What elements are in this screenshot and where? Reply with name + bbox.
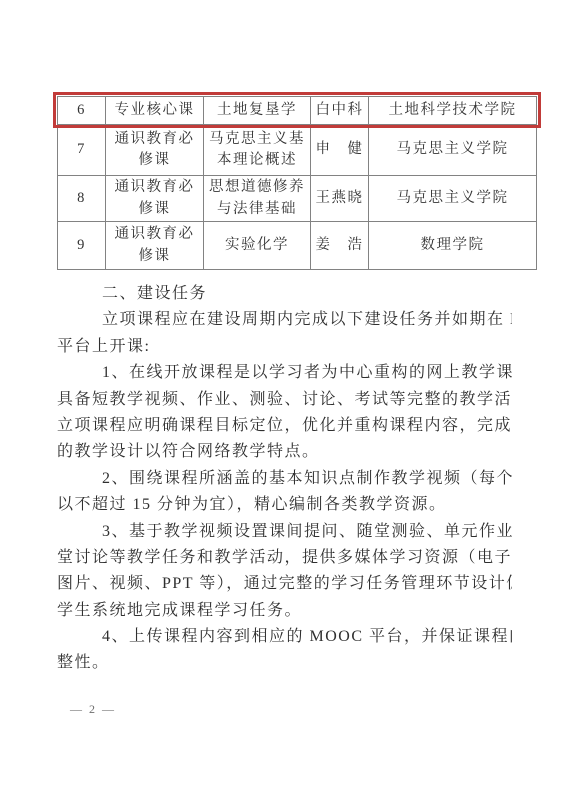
cell-teacher: 申 健: [311, 125, 369, 176]
table-row: 8通识教育必 修课思想道德修养 与法律基础王燕晓马克思主义学院: [58, 176, 537, 222]
cell-no: 7: [58, 125, 106, 176]
cell-school: 马克思主义学院: [369, 176, 537, 222]
cell-school: 数理学院: [369, 222, 537, 270]
course-table-wrap: 6专业核心课土地复垦学白中科土地科学技术学院7通识教育必 修课马克思主义基 本理…: [57, 96, 511, 270]
paragraph-4-line-4: 学生系统地完成课程学习任务。: [57, 598, 512, 624]
paragraph-1-line-2: 平台上开课:: [57, 334, 512, 360]
cell-teacher: 姜 浩: [311, 222, 369, 270]
table-row: 9通识教育必 修课实验化学姜 浩数理学院: [58, 222, 537, 270]
table-row: 7通识教育必 修课马克思主义基 本理论概述申 健马克思主义学院: [58, 125, 537, 176]
cell-teacher: 白中科: [311, 97, 369, 125]
paragraph-2-line-4: 的教学设计以符合网络教学特点。: [57, 439, 512, 465]
section-heading: 二、建设任务: [57, 281, 512, 307]
paragraph-2-line-3: 立项课程应明确课程目标定位，优化并重构课程内容，完成课程: [57, 413, 512, 439]
cell-school: 马克思主义学院: [369, 125, 537, 176]
paragraphs: 立项课程应在建设周期内完成以下建设任务并如期在 MOOC平台上开课:1、在线开放…: [57, 307, 512, 676]
paragraph-2-line-2: 具备短教学视频、作业、测验、讨论、考试等完整的教学活动。: [57, 387, 512, 413]
cell-course-type: 专业核心课: [106, 97, 204, 125]
cell-no: 6: [58, 97, 106, 125]
paragraph-4-line-2: 堂讨论等教学任务和教学活动，提供多媒体学习资源（电子图书、: [57, 545, 512, 571]
table-row: 6专业核心课土地复垦学白中科土地科学技术学院: [58, 97, 537, 125]
paragraph-3-line-1: 2、围绕课程所涵盖的基本知识点制作教学视频（每个视频: [57, 466, 512, 492]
cell-course-type: 通识教育必 修课: [106, 125, 204, 176]
cell-no: 8: [58, 176, 106, 222]
course-table: 6专业核心课土地复垦学白中科土地科学技术学院7通识教育必 修课马克思主义基 本理…: [57, 96, 537, 270]
paragraph-5-line-1: 4、上传课程内容到相应的 MOOC 平台，并保证课程内容的完: [57, 624, 512, 650]
cell-course-type: 通识教育必 修课: [106, 222, 204, 270]
cell-no: 9: [58, 222, 106, 270]
document-page: 6专业核心课土地复垦学白中科土地科学技术学院7通识教育必 修课马克思主义基 本理…: [0, 0, 565, 800]
cell-course-name: 实验化学: [204, 222, 311, 270]
paragraph-4-line-3: 图片、视频、PPT 等），通过完整的学习任务管理环节设计促使: [57, 571, 512, 597]
paragraph-5-line-2: 整性。: [57, 650, 512, 676]
cell-course-name: 马克思主义基 本理论概述: [204, 125, 311, 176]
paragraph-3-line-2: 以不超过 15 分钟为宜），精心编制各类教学资源。: [57, 492, 512, 518]
page-number: — 2 —: [53, 702, 133, 717]
cell-course-type: 通识教育必 修课: [106, 176, 204, 222]
body-text: 二、建设任务 立项课程应在建设周期内完成以下建设任务并如期在 MOOC平台上开课…: [57, 281, 512, 677]
cell-course-name: 思想道德修养 与法律基础: [204, 176, 311, 222]
paragraph-1-line-1: 立项课程应在建设周期内完成以下建设任务并如期在 MOOC: [57, 307, 512, 333]
paragraph-2-line-1: 1、在线开放课程是以学习者为中心重构的网上教学课程，: [57, 360, 512, 386]
cell-course-name: 土地复垦学: [204, 97, 311, 125]
cell-school: 土地科学技术学院: [369, 97, 537, 125]
paragraph-4-line-1: 3、基于教学视频设置课间提问、随堂测验、单元作业、课: [57, 519, 512, 545]
cell-teacher: 王燕晓: [311, 176, 369, 222]
